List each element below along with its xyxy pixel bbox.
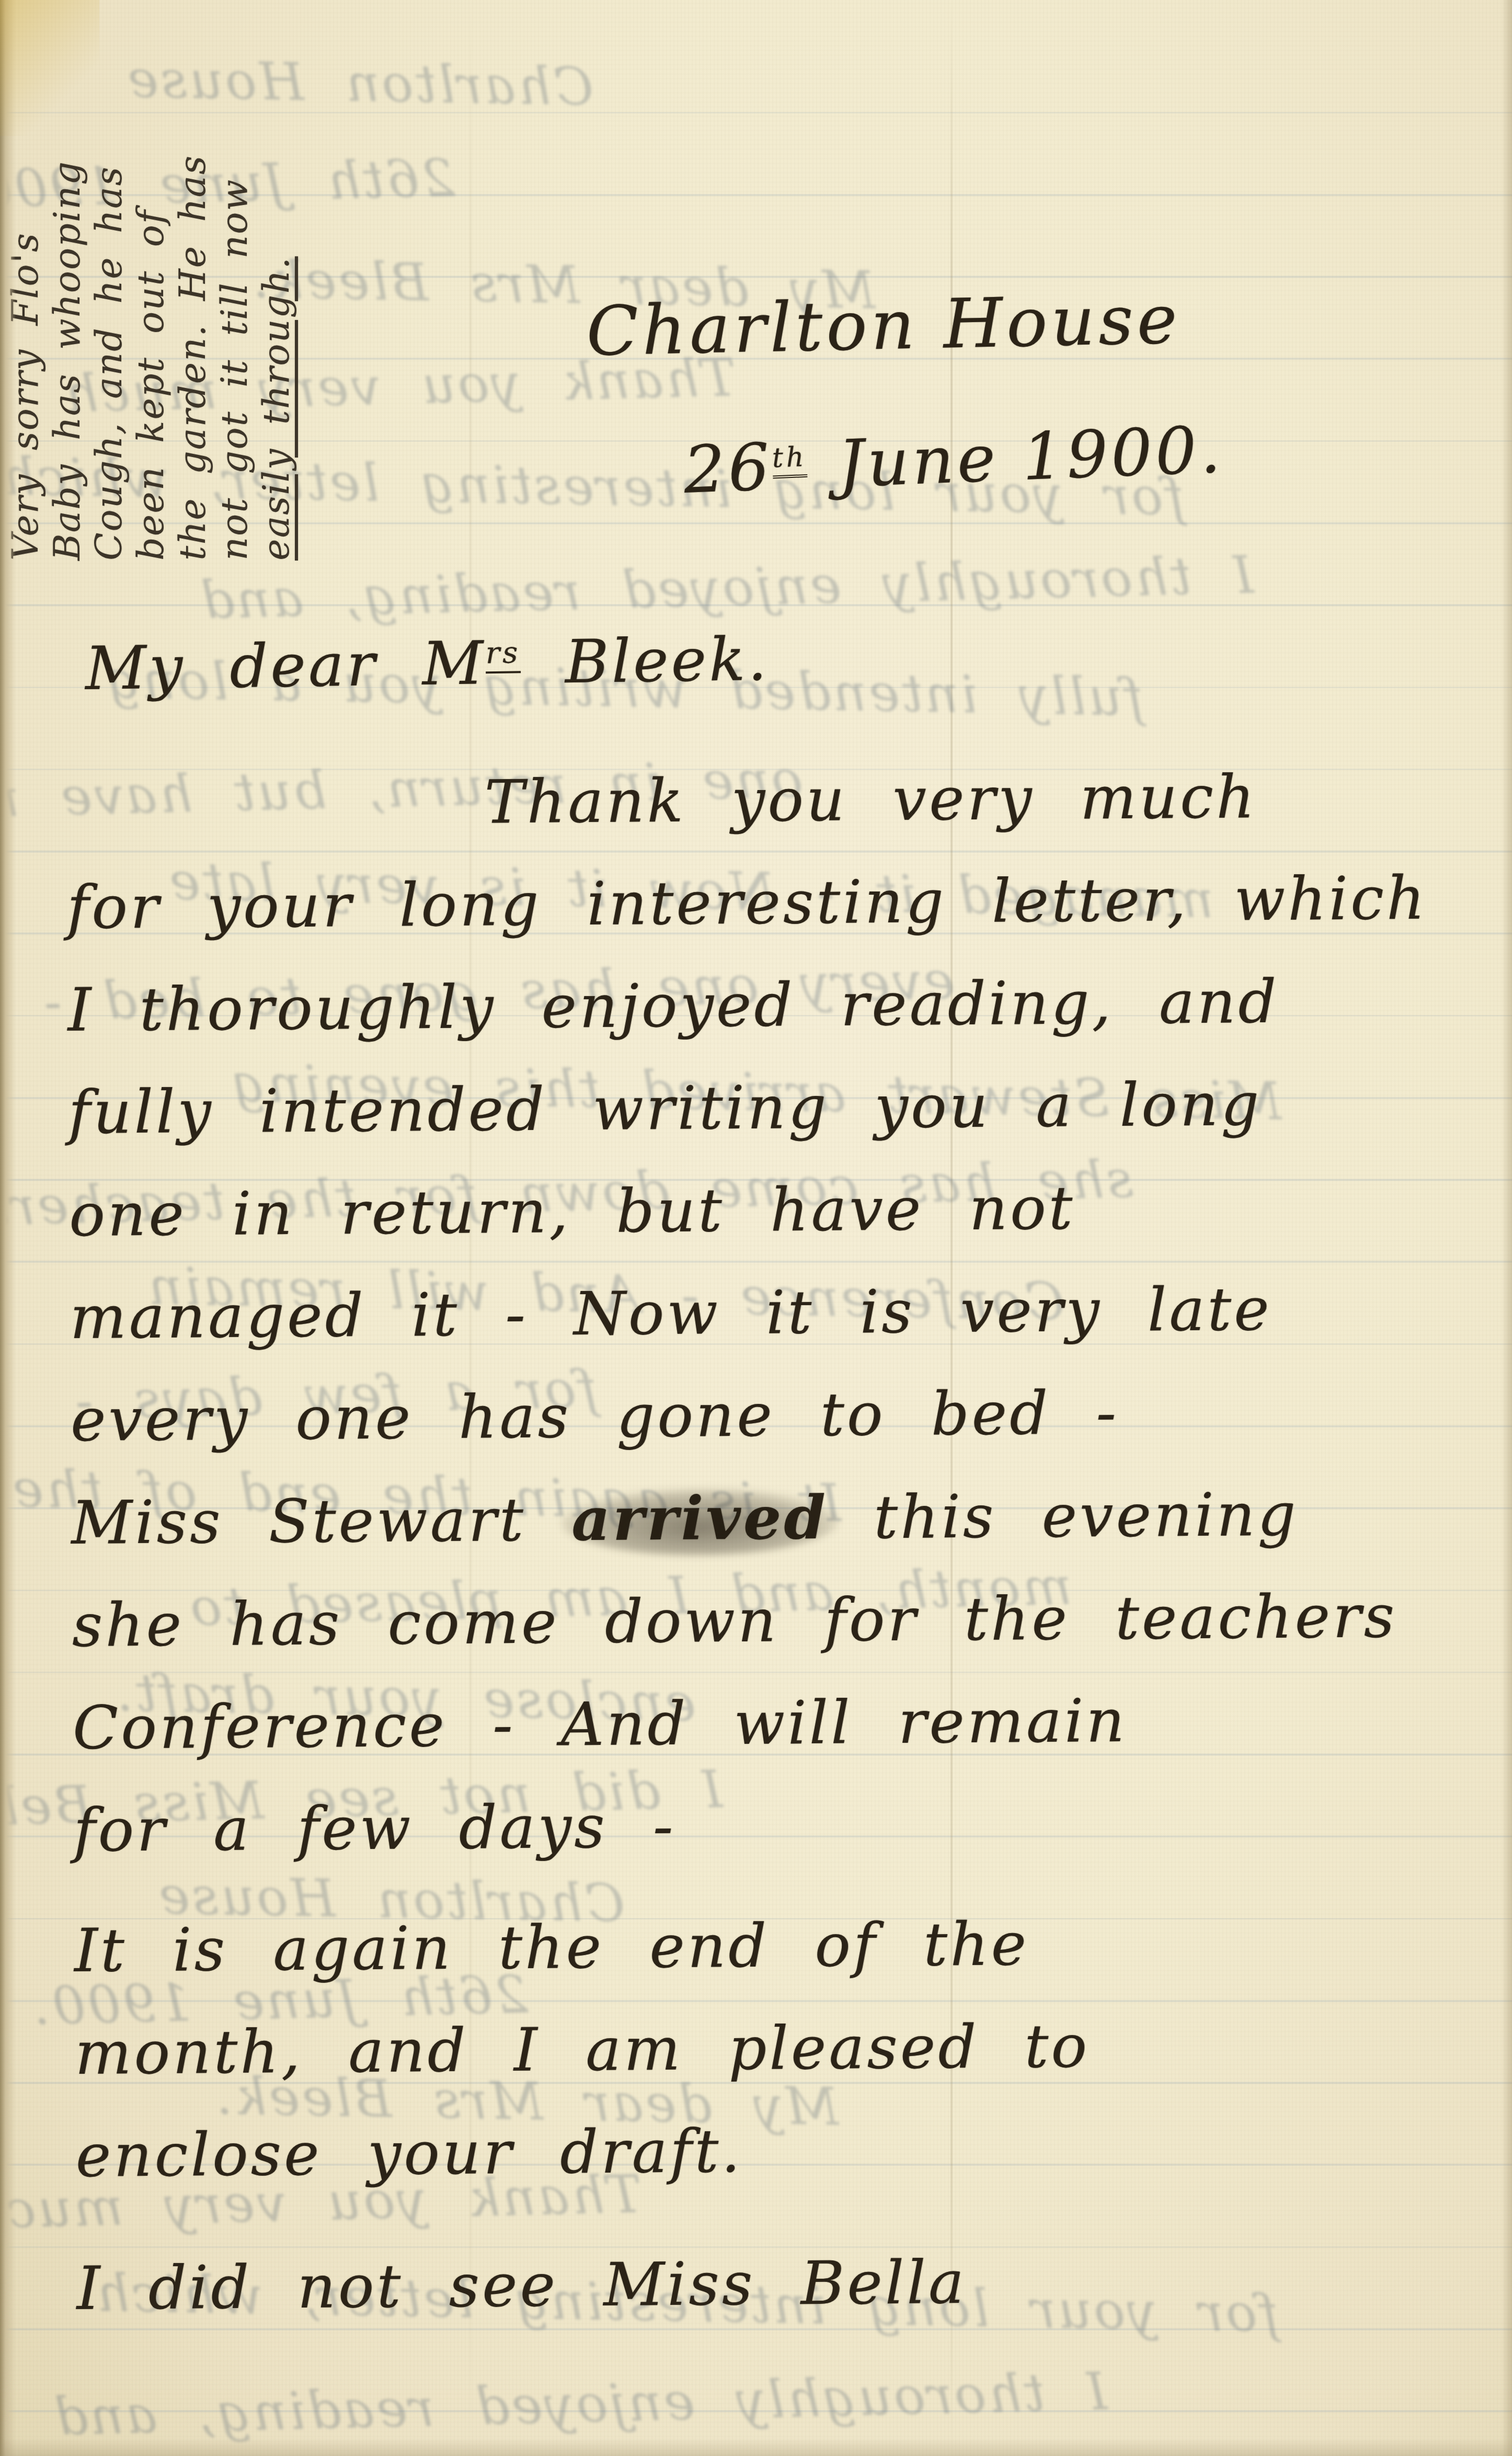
margin-note-line: not got it till now — [213, 17, 255, 561]
body-line: managed it - Now it is very late — [70, 1256, 1492, 1369]
ink-blotted-word: arrived — [571, 1482, 829, 1554]
body-line: for a few days - — [73, 1769, 1496, 1882]
date-rest: June 1900. — [813, 412, 1225, 503]
date-day: 26 — [682, 429, 774, 508]
ghost-line: I thoroughly enjoyed reading, and — [52, 2360, 1108, 2447]
letter-body: Thank you very muchfor your long interes… — [66, 744, 1499, 2340]
body-line: every one has gone to bed - — [70, 1359, 1493, 1471]
date-suffix: th — [772, 441, 808, 479]
right-edge-shadow — [1502, 0, 1512, 2456]
salutation-pre: My dear M — [85, 628, 486, 703]
left-edge-shadow — [0, 0, 16, 2456]
body-line: I thoroughly enjoyed reading, and — [67, 949, 1490, 1061]
margin-note-line: the garden. He has — [171, 17, 213, 561]
body-line: for your long interesting letter, which — [66, 847, 1489, 959]
body-line: Miss Stewart arrived this evening — [71, 1461, 1494, 1574]
body-line: month, and I am pleased to — [75, 1992, 1497, 2105]
salutation: My dear Mrs Bleek. — [85, 624, 770, 703]
bottom-edge-shadow — [0, 2438, 1512, 2456]
body-line: fully intended writing you a long — [68, 1052, 1491, 1164]
letterhead-date: 26th June 1900. — [682, 412, 1225, 508]
salutation-honorific-sup: rs — [485, 635, 520, 673]
body-line: enclose your draft. — [75, 2095, 1498, 2207]
body-line: Thank you very much — [66, 744, 1488, 856]
body-line: It is again the end of the — [74, 1890, 1496, 2002]
body-line: one in return, but have not — [68, 1154, 1491, 1266]
body-line: Conference - And will remain — [72, 1667, 1495, 1779]
body-line-text: Miss Stewart — [71, 1484, 572, 1558]
body-line: I did not see Miss Bella — [76, 2227, 1499, 2340]
ghost-line: I thoroughly enjoyed reading, and — [198, 544, 1254, 631]
margin-note-line: been kept out of — [130, 17, 171, 561]
top-left-corner-tint — [0, 0, 99, 136]
letter-page: Charlton House26th June 1900.My dear Mrs… — [0, 0, 1512, 2456]
body-line-text: this evening — [828, 1480, 1298, 1552]
letterhead-address: Charlton House — [586, 279, 1182, 371]
body-line: she has come down for the teachers — [72, 1564, 1494, 1677]
salutation-post: Bleek. — [520, 624, 770, 698]
margin-note-line: easily through. — [255, 17, 297, 561]
